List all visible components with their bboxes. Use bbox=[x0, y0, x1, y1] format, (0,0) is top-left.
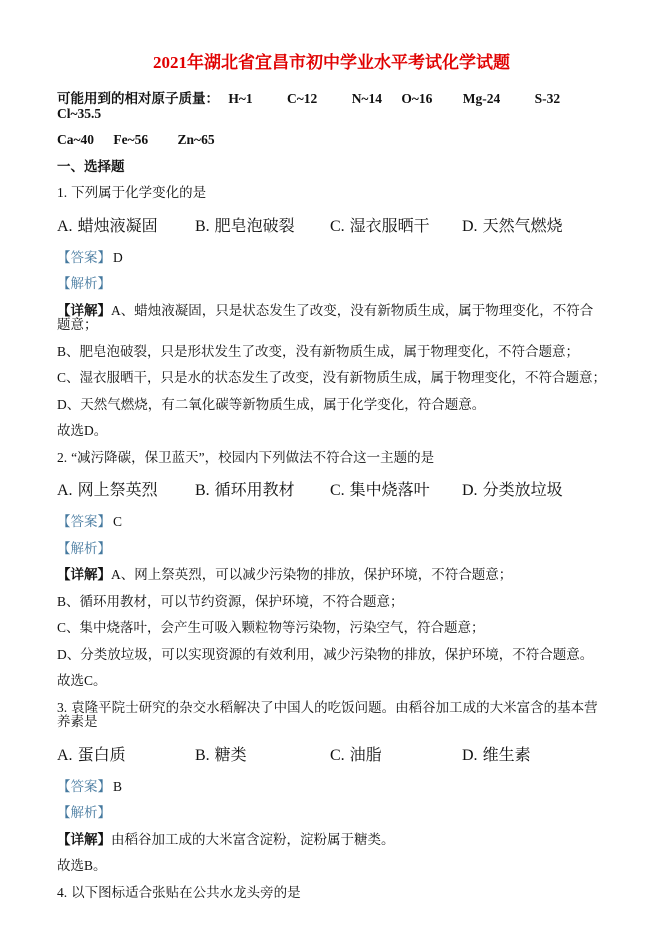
question-block-1: 1.下列属于化学变化的是 A.蜡烛液凝固 B.肥皂泡破裂 C.湿衣服晒干 D.天… bbox=[57, 186, 606, 439]
atomic-mass-value: Ca~40 bbox=[57, 132, 94, 147]
option-text: 集中烧落叶 bbox=[350, 482, 430, 499]
analysis-line: 【解析】 bbox=[57, 542, 606, 557]
conclusion-line: 故选D。 bbox=[57, 424, 606, 439]
atomic-mass-value: Cl~35.5 bbox=[57, 106, 101, 121]
question-number: 3. bbox=[57, 700, 67, 715]
answer-line: 【答案】C bbox=[57, 515, 606, 530]
option-text: 网上祭英烈 bbox=[78, 482, 158, 499]
option-text: 湿衣服晒干 bbox=[350, 218, 430, 235]
atomic-mass-line-1: 可能用到的相对原子质量： H~1 C~12 N~14 O~16 Mg-24 S-… bbox=[57, 92, 606, 121]
atomic-mass-value: Zn~65 bbox=[178, 132, 215, 147]
question-number: 1. bbox=[57, 185, 67, 200]
answer-line: 【答案】D bbox=[57, 251, 606, 266]
answer-line: 【答案】B bbox=[57, 780, 606, 795]
option-a: A.网上祭英烈 bbox=[57, 477, 195, 500]
detail-label: 【详解】 bbox=[57, 567, 111, 582]
question-stem: 2.“减污降碳，保卫蓝天”，校园内下列做法不符合这一主题的是 bbox=[57, 451, 606, 466]
atomic-mass-value: S-32 bbox=[535, 91, 561, 106]
option-text: 循环用教材 bbox=[215, 482, 295, 499]
option-c: C.湿衣服晒干 bbox=[330, 213, 462, 236]
answer-label: 【答案】 bbox=[57, 250, 111, 265]
question-number: 2. bbox=[57, 450, 67, 465]
option-letter: A. bbox=[57, 747, 73, 764]
exam-document-page: 2021年湖北省宜昌市初中学业水平考试化学试题 可能用到的相对原子质量： H~1… bbox=[0, 0, 661, 935]
option-letter: D. bbox=[462, 747, 478, 764]
answer-value: D bbox=[113, 250, 123, 265]
detail-line: D、分类放垃圾，可以实现资源的有效利用，减少污染物的排放，保护环境，不符合题意。 bbox=[57, 648, 606, 663]
option-letter: C. bbox=[330, 482, 345, 499]
atomic-mass-value: O~16 bbox=[401, 91, 432, 106]
answer-label: 【答案】 bbox=[57, 779, 111, 794]
answer-value: B bbox=[113, 779, 122, 794]
analysis-line: 【解析】 bbox=[57, 277, 606, 292]
detail-text: A、蜡烛液凝固，只是状态发生了改变，没有新物质生成，属于物理变化，不符合题意； bbox=[57, 303, 593, 333]
option-letter: B. bbox=[195, 482, 210, 499]
analysis-line: 【解析】 bbox=[57, 806, 606, 821]
question-stem-text: 以下图标适合张贴在公共水龙头旁的是 bbox=[71, 885, 301, 900]
atomic-mass-value: H~1 bbox=[228, 91, 252, 106]
atomic-mass-value: Fe~56 bbox=[113, 132, 148, 147]
atomic-mass-line-2: Ca~40 Fe~56 Zn~65 bbox=[57, 133, 606, 148]
question-stem-text: 袁隆平院士研究的杂交水稻解决了中国人的吃饭问题。由稻谷加工成的大米富含的基本营养… bbox=[57, 700, 598, 730]
options-row: A.蛋白质 B.糖类 C.油脂 D.维生素 bbox=[57, 742, 606, 765]
option-letter: D. bbox=[462, 482, 478, 499]
detail-text: A、网上祭英烈，可以减少污染物的排放，保护环境，不符合题意； bbox=[111, 567, 512, 582]
option-b: B.肥皂泡破裂 bbox=[195, 213, 330, 236]
page-title: 2021年湖北省宜昌市初中学业水平考试化学试题 bbox=[57, 52, 606, 73]
question-stem-text: “减污降碳，保卫蓝天”，校园内下列做法不符合这一主题的是 bbox=[71, 450, 434, 465]
option-a: A.蜡烛液凝固 bbox=[57, 213, 195, 236]
option-text: 分类放垃圾 bbox=[483, 482, 563, 499]
option-text: 蛋白质 bbox=[78, 747, 126, 764]
detail-text: 由稻谷加工成的大米富含淀粉，淀粉属于糖类。 bbox=[111, 832, 395, 847]
option-d: D.天然气燃烧 bbox=[462, 213, 606, 236]
atomic-mass-value: N~14 bbox=[352, 91, 382, 106]
options-row: A.网上祭英烈 B.循环用教材 C.集中烧落叶 D.分类放垃圾 bbox=[57, 477, 606, 500]
analysis-label: 【解析】 bbox=[57, 276, 111, 291]
option-d: D.维生素 bbox=[462, 742, 606, 765]
option-letter: A. bbox=[57, 218, 73, 235]
option-b: B.循环用教材 bbox=[195, 477, 330, 500]
option-text: 糖类 bbox=[215, 747, 247, 764]
question-stem-text: 下列属于化学变化的是 bbox=[71, 185, 206, 200]
detail-line: D、天然气燃烧，有二氧化碳等新物质生成，属于化学变化，符合题意。 bbox=[57, 398, 606, 413]
option-letter: C. bbox=[330, 218, 345, 235]
option-letter: B. bbox=[195, 218, 210, 235]
option-text: 蜡烛液凝固 bbox=[78, 218, 158, 235]
option-c: C.油脂 bbox=[330, 742, 462, 765]
detail-line: B、循环用教材，可以节约资源，保护环境，不符合题意； bbox=[57, 595, 606, 610]
atomic-mass-label: 可能用到的相对原子质量： bbox=[57, 91, 219, 106]
answer-value: C bbox=[113, 514, 122, 529]
question-block-4: 4.以下图标适合张贴在公共水龙头旁的是 bbox=[57, 886, 606, 901]
question-stem: 3.袁隆平院士研究的杂交水稻解决了中国人的吃饭问题。由稻谷加工成的大米富含的基本… bbox=[57, 701, 606, 730]
option-c: C.集中烧落叶 bbox=[330, 477, 462, 500]
section-heading: 一、选择题 bbox=[57, 160, 606, 175]
question-number: 4. bbox=[57, 885, 67, 900]
option-text: 维生素 bbox=[483, 747, 531, 764]
detail-line: 【详解】A、蜡烛液凝固，只是状态发生了改变，没有新物质生成，属于物理变化，不符合… bbox=[57, 304, 606, 333]
option-letter: D. bbox=[462, 218, 478, 235]
detail-line: C、集中烧落叶，会产生可吸入颗粒物等污染物，污染空气，符合题意； bbox=[57, 621, 606, 636]
detail-label: 【详解】 bbox=[57, 303, 111, 318]
options-row: A.蜡烛液凝固 B.肥皂泡破裂 C.湿衣服晒干 D.天然气燃烧 bbox=[57, 213, 606, 236]
option-b: B.糖类 bbox=[195, 742, 330, 765]
analysis-label: 【解析】 bbox=[57, 541, 111, 556]
question-block-3: 3.袁隆平院士研究的杂交水稻解决了中国人的吃饭问题。由稻谷加工成的大米富含的基本… bbox=[57, 701, 606, 874]
question-block-2: 2.“减污降碳，保卫蓝天”，校园内下列做法不符合这一主题的是 A.网上祭英烈 B… bbox=[57, 451, 606, 689]
detail-line: B、肥皂泡破裂，只是形状发生了改变，没有新物质生成，属于物理变化，不符合题意； bbox=[57, 345, 606, 360]
question-stem: 4.以下图标适合张贴在公共水龙头旁的是 bbox=[57, 886, 606, 901]
option-d: D.分类放垃圾 bbox=[462, 477, 606, 500]
option-letter: A. bbox=[57, 482, 73, 499]
option-a: A.蛋白质 bbox=[57, 742, 195, 765]
option-letter: B. bbox=[195, 747, 210, 764]
option-text: 油脂 bbox=[350, 747, 382, 764]
analysis-label: 【解析】 bbox=[57, 805, 111, 820]
option-text: 肥皂泡破裂 bbox=[215, 218, 295, 235]
detail-line: 【详解】由稻谷加工成的大米富含淀粉，淀粉属于糖类。 bbox=[57, 833, 606, 848]
atomic-mass-value: C~12 bbox=[287, 91, 317, 106]
conclusion-line: 故选C。 bbox=[57, 674, 606, 689]
answer-label: 【答案】 bbox=[57, 514, 111, 529]
conclusion-line: 故选B。 bbox=[57, 859, 606, 874]
option-letter: C. bbox=[330, 747, 345, 764]
option-text: 天然气燃烧 bbox=[483, 218, 563, 235]
atomic-mass-value: Mg-24 bbox=[463, 91, 501, 106]
detail-line: 【详解】A、网上祭英烈，可以减少污染物的排放，保护环境，不符合题意； bbox=[57, 568, 606, 583]
question-stem: 1.下列属于化学变化的是 bbox=[57, 186, 606, 201]
detail-label: 【详解】 bbox=[57, 832, 111, 847]
detail-line: C、湿衣服晒干，只是水的状态发生了改变，没有新物质生成，属于物理变化，不符合题意… bbox=[57, 371, 606, 386]
